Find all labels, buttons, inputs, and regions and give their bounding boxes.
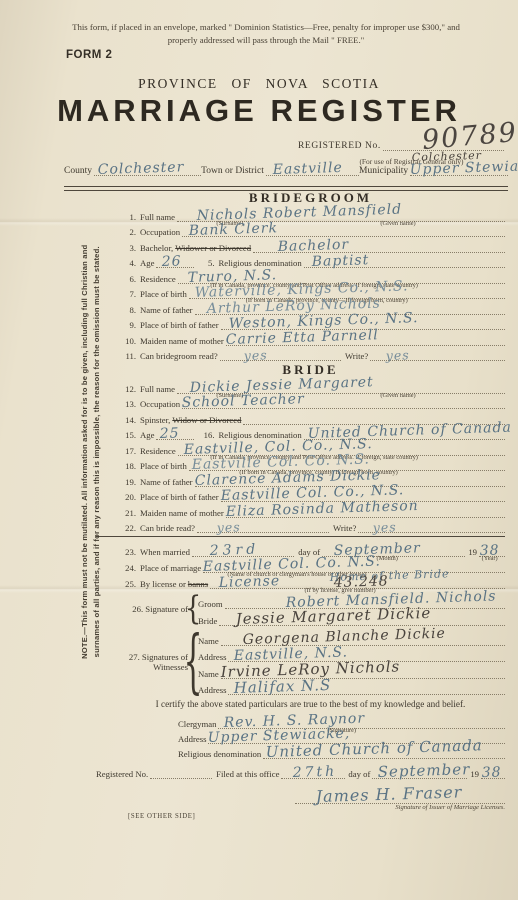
brace-glyph <box>188 629 198 695</box>
marital-status-groom-line[interactable]: Bachelor <box>253 236 505 253</box>
witness2-address-value: Halifax N.S <box>233 676 331 697</box>
municipality-line[interactable]: Colchester Upper Stewiacke <box>410 175 508 176</box>
license-line[interactable]: License 43.248 (If by license, give numb… <box>210 572 505 589</box>
field-number: 2. <box>116 227 140 237</box>
field-label: Age <box>140 430 156 440</box>
field-occupation-bride: 13. Occupation School Teacher <box>116 394 505 410</box>
witness2-name-line[interactable]: Irvine LeRoy Nichols <box>221 661 505 679</box>
write-label: Write? <box>329 523 358 533</box>
witness1-name-row: Name Georgena Blanche Dickie <box>198 629 505 646</box>
field-label: By license or <box>140 579 188 589</box>
issuer-signature-value: James H. Fraser <box>315 782 462 806</box>
write-label: Write? <box>341 351 370 361</box>
occupation-bride-line[interactable]: School Teacher <box>182 393 505 410</box>
witness2-name-row: Name Irvine LeRoy Nichols <box>198 662 505 679</box>
field-number: 9. <box>116 320 140 330</box>
issuer-signature-line[interactable]: James H. Fraser <box>295 787 505 804</box>
field-number: 13. <box>116 399 140 409</box>
mother-maiden-groom-line[interactable]: Carrie Etta Parnell <box>226 329 505 346</box>
given-name-sublabel: (Given name) <box>380 220 415 227</box>
marital-status-groom-value: Bachelor <box>278 236 350 254</box>
marriage-day-value: 23rd <box>210 541 260 559</box>
registered-no-label: REGISTERED No. <box>298 141 383 151</box>
field-label: Witnesses <box>116 662 188 672</box>
field-number: 18. <box>116 461 140 471</box>
field-marital-status-groom: 3. Bachelor, Widower or Divorced Bachelo… <box>116 237 505 253</box>
given-name-sublabel: (Given name) <box>380 392 415 399</box>
field-father-name-groom: 8. Name of father Arthur LeRoy Nichols <box>116 299 505 315</box>
license-value: License <box>218 573 280 591</box>
field-number: 10. <box>116 336 140 346</box>
field-father-birthplace-bride: 20. Place of birth of father Eastville C… <box>116 487 505 503</box>
field-number: 1. <box>116 212 140 222</box>
field-label: Residence <box>140 274 178 284</box>
province-heading: PROVINCE OF NOVA SCOTIA <box>0 76 518 92</box>
bride-signature-row: Bride Jessie Margaret Dickie <box>198 609 505 626</box>
signature-of-label: 26. Signature of <box>116 592 188 626</box>
field-label: Place of birth of father <box>140 492 221 502</box>
mail-instruction-note: This form, if placed in an envelope, mar… <box>72 21 460 47</box>
field-label: Signatures of <box>142 652 188 662</box>
field-read-write-bride: 22. Can bride read? yes Write? yes <box>116 518 505 534</box>
signature-group: 26. Signature of Groom Robert Mansfield.… <box>116 592 505 626</box>
marriage-year-line[interactable]: 38 (Year) <box>479 540 505 557</box>
marriage-day-line[interactable]: 23rd <box>192 540 294 557</box>
address-label: Address <box>198 685 228 695</box>
denomination-line[interactable]: United Church of Canada <box>263 743 505 759</box>
form-body: BRIDEGROOM 1. Full name Nichols Robert M… <box>116 191 505 811</box>
field-number: 26. <box>132 604 143 614</box>
mail-note-line2: properly addressed will pass through the… <box>168 35 365 45</box>
field-label-struck: banns <box>188 579 210 589</box>
field-label: Place of marriage <box>140 563 203 573</box>
field-number: 12. <box>116 384 140 394</box>
issuer-signature-row: James H. Fraser <box>116 787 505 803</box>
name-label: Name <box>198 636 221 646</box>
write-groom-line[interactable]: yes <box>370 345 505 362</box>
town-label: Town or District <box>201 166 266 176</box>
field-number: 7. <box>116 289 140 299</box>
field-label: Residence <box>140 446 178 456</box>
field-label: Can bridegroom read? <box>140 351 220 361</box>
field-number: 15. <box>116 430 140 440</box>
marriage-year-value: 38 <box>480 542 500 559</box>
town-line[interactable]: Eastville <box>266 175 359 176</box>
field-mother-maiden-bride: 21. Maiden name of mother Eliza Rosinda … <box>116 502 505 518</box>
bride-signature-value: Jessie Margaret Dickie <box>236 604 432 628</box>
county-value: Colchester <box>98 159 185 178</box>
full-name-bride-line[interactable]: Dickie Jessie Margaret (Surname) (Given … <box>177 377 505 394</box>
field-age-denomination-groom: 4. Age 26 5. Religious denomination Bapt… <box>116 253 505 269</box>
margin-note-line1: NOTE.—This form must not be mutilated. A… <box>80 245 89 659</box>
see-other-side-note: [SEE OTHER SIDE] <box>128 813 195 820</box>
clergyman-line[interactable]: Rev. H. S. Raynor (Signature) <box>218 713 505 729</box>
bride-signature-line[interactable]: Jessie Margaret Dickie <box>219 608 505 626</box>
denomination-row: Religious denomination United Church of … <box>178 744 505 759</box>
location-row: County Colchester Town or District Eastv… <box>64 166 508 176</box>
field-label: Age <box>140 258 156 268</box>
name-label: Name <box>198 669 221 679</box>
filed-label: Filed at this office <box>212 769 281 779</box>
full-name-groom-line[interactable]: Nichols Robert Mansfield (Surname) (Give… <box>177 205 505 222</box>
county-label: County <box>64 166 94 176</box>
margin-note: NOTE.—This form must not be mutilated. A… <box>79 206 103 698</box>
field-label: Place of birth <box>140 289 189 299</box>
registered-no-footer-line[interactable] <box>150 762 212 779</box>
age-groom-value: 26 <box>162 253 182 270</box>
field-number: 27. <box>129 652 140 662</box>
filed-year-value: 38 <box>482 764 502 781</box>
place-of-marriage-line[interactable]: Eastville Col. Co. N.S. (Name of church … <box>203 556 505 573</box>
field-number: 23. <box>116 547 140 557</box>
registered-no-footer-label: Registered No. <box>96 769 150 779</box>
read-bride-value: yes <box>216 519 240 535</box>
town-value: Eastville <box>273 160 343 178</box>
field-label: When married <box>140 547 192 557</box>
field-read-write-groom: 11. Can bridegroom read? yes Write? yes <box>116 346 505 362</box>
witnesses-label: 27. Signatures of Witnesses <box>116 629 188 695</box>
field-number: 6. <box>116 274 140 284</box>
field-label: Place of birth of father <box>140 320 221 330</box>
write-bride-line[interactable]: yes <box>358 517 505 534</box>
witness1-name-line[interactable]: Georgena Blanche Dickie <box>221 628 505 646</box>
field-father-birthplace-groom: 9. Place of birth of father Weston, King… <box>116 315 505 331</box>
read-bride-line[interactable]: yes <box>197 517 329 534</box>
field-label: Full name <box>140 212 177 222</box>
field-occupation-groom: 2. Occupation Bank Clerk <box>116 222 505 238</box>
field-number: 21. <box>116 508 140 518</box>
field-number: 19. <box>116 477 140 487</box>
field-number: 11. <box>116 351 140 361</box>
field-number: 17. <box>116 446 140 456</box>
field-label: Occupation <box>140 227 182 237</box>
field-full-name-groom: 1. Full name Nichols Robert Mansfield (S… <box>116 206 505 222</box>
field-number: 8. <box>116 305 140 315</box>
filed-day-value: 27th <box>292 764 337 781</box>
filed-row: Registered No. Filed at this office 27th… <box>116 763 505 779</box>
age-bride-line[interactable]: 25 <box>156 424 194 441</box>
field-number: 25. <box>116 579 140 589</box>
field-label: Occupation <box>140 399 182 409</box>
field-place-of-marriage: 24. Place of marriage Eastville Col. Co.… <box>116 557 505 573</box>
address-label: Address <box>178 734 208 744</box>
form-number: FORM 2 <box>66 49 112 61</box>
field-number: 4. <box>116 258 140 268</box>
write-groom-value: yes <box>386 347 410 363</box>
field-label: Signature of <box>145 604 188 614</box>
field-label: Maiden name of mother <box>140 336 226 346</box>
field-label: Full name <box>140 384 177 394</box>
field-number: 24. <box>116 563 140 573</box>
issuer-signature-sublabel: Signature of Issuer of Marriage Licenses… <box>116 804 505 811</box>
age-groom-line[interactable]: 26 <box>156 252 194 269</box>
marriage-register-form: This form, if placed in an envelope, mar… <box>0 0 518 900</box>
mail-note-line1: This form, if placed in an envelope, mar… <box>72 22 460 32</box>
filed-year-line[interactable]: 38 <box>481 762 505 779</box>
mother-maiden-bride-line[interactable]: Eliza Rosinda Matheson <box>226 501 505 518</box>
license-number: 43.248 <box>333 573 388 591</box>
occupation-groom-line[interactable]: Bank Clerk <box>182 221 505 238</box>
field-birthplace-groom: 7. Place of birth Waterville, Kings Co.,… <box>116 284 505 300</box>
read-groom-value: yes <box>243 347 267 363</box>
county-line[interactable]: Colchester <box>94 175 201 176</box>
section-divider <box>96 536 505 537</box>
municipality-value: Upper Stewiacke <box>410 158 518 178</box>
age-bride-value: 25 <box>160 425 180 442</box>
field-label: Name of father <box>140 477 195 487</box>
field-number: 22. <box>116 523 140 533</box>
witnesses-group: 27. Signatures of Witnesses Name Georgen… <box>116 629 505 695</box>
field-number: 14. <box>116 415 140 425</box>
municipality-label: Municipality <box>359 166 410 176</box>
field-label: Place of birth <box>140 461 189 471</box>
field-number: 3. <box>116 243 140 253</box>
filed-month-line[interactable]: September <box>372 762 467 779</box>
day-of-label: day of <box>345 769 372 779</box>
occupation-groom-value: Bank Clerk <box>188 220 278 239</box>
denomination-groom-line[interactable]: Baptist <box>304 252 505 269</box>
field-number: 20. <box>116 492 140 502</box>
filed-day-line[interactable]: 27th <box>281 762 345 779</box>
witness2-address-row: Address Halifax N.S <box>198 679 505 696</box>
field-label: Name of father <box>140 305 195 315</box>
field-label: Can bride read? <box>140 523 197 533</box>
witness2-address-line[interactable]: Halifax N.S <box>228 678 505 696</box>
field-mother-maiden-groom: 10. Maiden name of mother Carrie Etta Pa… <box>116 330 505 346</box>
denomination-label: Religious denomination <box>178 749 263 759</box>
brace-glyph <box>188 592 198 626</box>
margin-note-line2: surnames of all parties, and if for any … <box>92 246 101 657</box>
filed-month-value: September <box>377 760 470 781</box>
denomination-groom-value: Baptist <box>311 252 369 270</box>
field-full-name-bride: 12. Full name Dickie Jessie Margaret (Su… <box>116 378 505 394</box>
write-bride-value: yes <box>372 519 396 535</box>
